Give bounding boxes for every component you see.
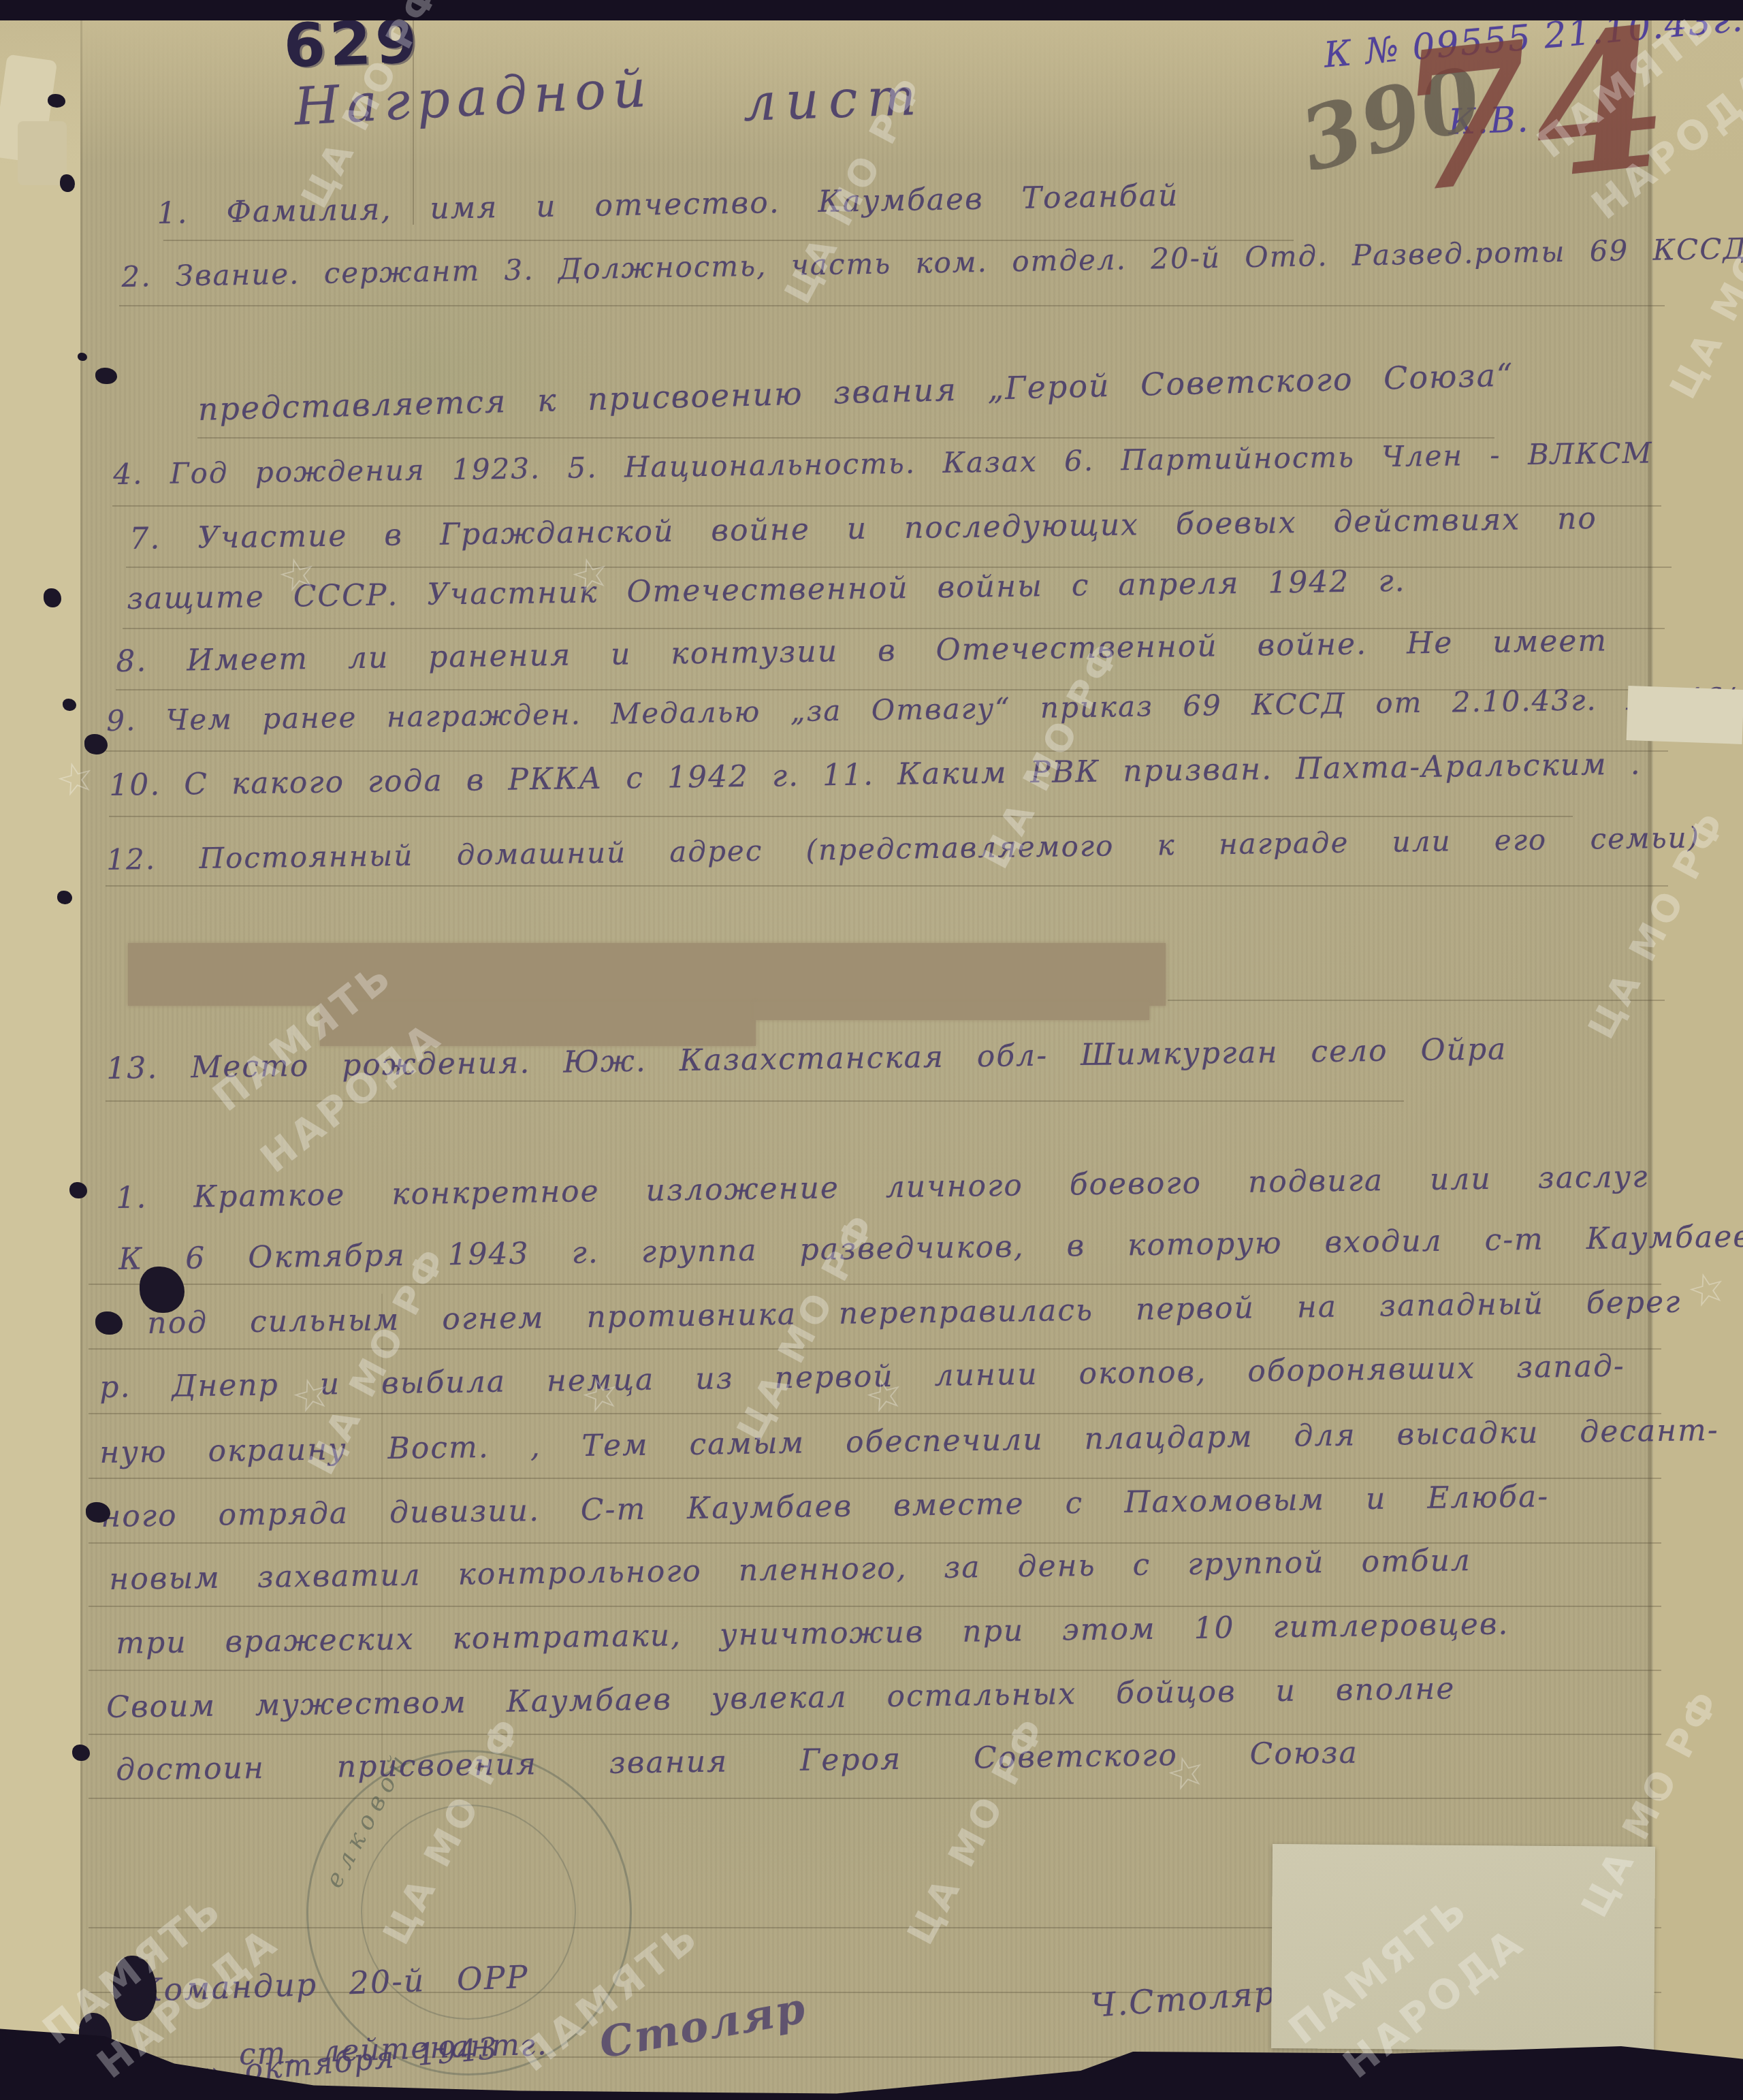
ink-blot [48,94,65,108]
ruled-line [89,1734,1661,1735]
page-left-edge [0,18,80,2100]
ink-blot [95,1311,123,1335]
ruled-line [126,567,1672,568]
torn-paper-bit [18,121,67,185]
ink-blot [78,353,87,361]
redacted-address-block [754,1002,1149,1020]
ruled-line [89,1606,1661,1607]
ink-blot [95,368,117,384]
ruled-line [119,305,1665,306]
ruled-line [89,1798,1661,1799]
ink-blot [57,891,72,904]
ruled-line [106,1100,1404,1102]
redacted-address-block [128,943,1166,1006]
white-patch-right [1627,686,1743,744]
ink-blot [60,174,75,192]
redacted-address-block [320,1002,756,1046]
ink-blot [44,588,61,607]
ruled-line [106,885,1668,887]
ruled-line [1168,1000,1665,1001]
scanned-award-sheet: елковой 629К № 09555 21.10.43г.К.В.39074… [0,0,1743,2100]
ink-blot [72,1745,90,1761]
ruled-line [109,816,1573,817]
crease-line [1648,18,1652,2047]
ruled-line [89,1478,1661,1479]
ruled-line [89,1284,1661,1285]
ink-blot [69,1182,87,1198]
crease-line [80,18,82,2100]
ink-blot [63,699,76,711]
ruled-line [163,240,1294,241]
ruled-line [89,1670,1661,1671]
ruled-line [89,1348,1661,1350]
ink-blot [86,1502,110,1523]
scan-top-edge [0,0,1743,20]
ruled-line [197,437,1494,439]
